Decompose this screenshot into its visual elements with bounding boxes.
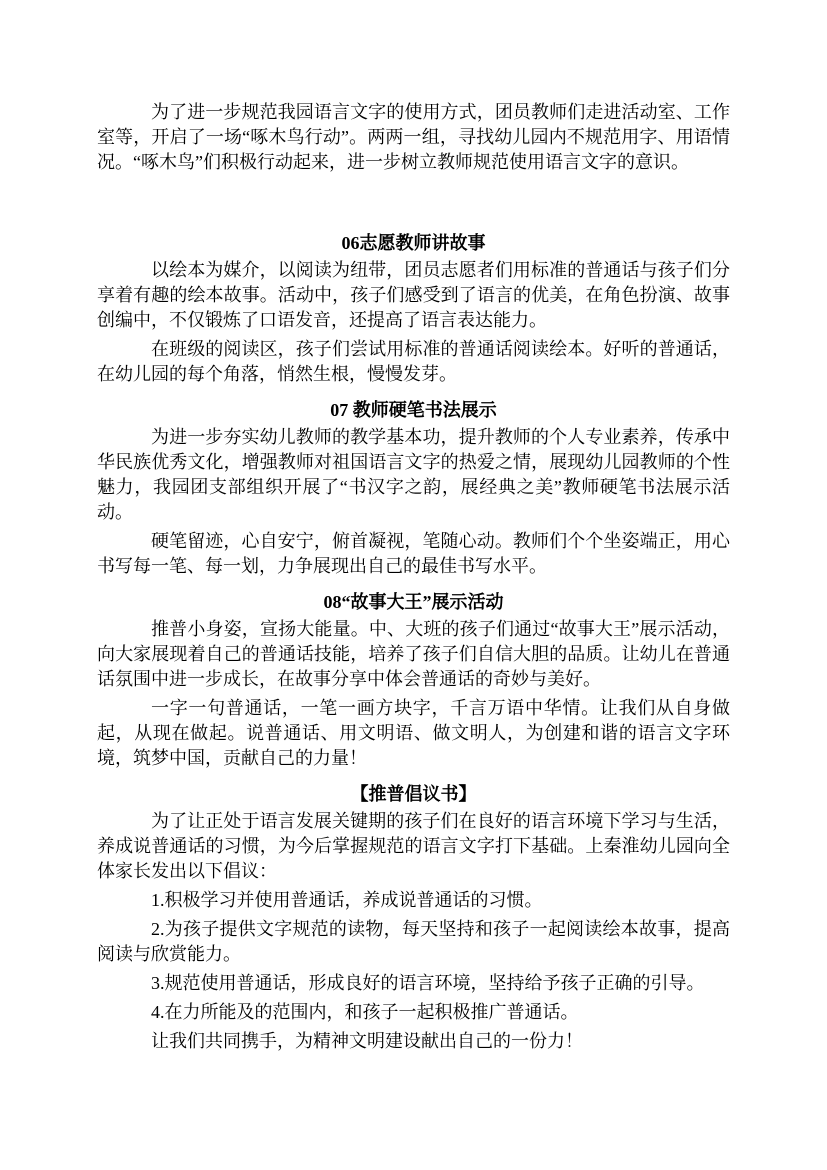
paragraph: 在班级的阅读区，孩子们尝试用标准的普通话阅读绘本。好听的普通话，在幼儿园的每个角… [97, 337, 730, 387]
section-heading: 08“故事大王”展示活动 [97, 590, 730, 615]
paragraph: 4.在力所能及的范围内，和孩子一起积极推广普通话。 [97, 1000, 730, 1025]
paragraph: 为进一步夯实幼儿教师的教学基本功，提升教师的个人专业素养，传承中华民族优秀文化，… [97, 425, 730, 525]
paragraph: 3.规范使用普通话，形成良好的语言环境，坚持给予孩子正确的引导。 [97, 971, 730, 996]
section-heading: 06志愿教师讲故事 [97, 231, 730, 256]
paragraph: 1.积极学习并使用普通话，养成说普通话的习惯。 [97, 888, 730, 913]
paragraph: 以绘本为媒介，以阅读为纽带，团员志愿者们用标准的普通话与孩子们分享着有趣的绘本故… [97, 258, 730, 333]
paragraph: 为了进一步规范我园语言文字的使用方式，团员教师们走进活动室、工作室等，开启了一场… [97, 100, 730, 175]
paragraph: 一字一句普通话，一笔一画方块字，千言万语中华情。让我们从自身做起，从现在做起。说… [97, 696, 730, 771]
paragraph: 硬笔留迹，心自安宁，俯首凝视，笔随心动。教师们个个坐姿端正，用心书写每一笔、每一… [97, 529, 730, 579]
blank-line [97, 179, 730, 220]
paragraph: 让我们共同携手，为精神文明建设献出自己的一份力！ [97, 1029, 730, 1054]
document-body: 为了进一步规范我园语言文字的使用方式，团员教师们走进活动室、工作室等，开启了一场… [97, 100, 730, 1054]
paragraph: 为了让正处于语言发展关键期的孩子们在良好的语言环境下学习与生活，养成说普通话的习… [97, 809, 730, 884]
section-heading: 【推普倡议书】 [97, 782, 730, 807]
section-heading: 07 教师硬笔书法展示 [97, 398, 730, 423]
paragraph: 推普小身姿，宣扬大能量。中、大班的孩子们通过“故事大王”展示活动，向大家展现着自… [97, 617, 730, 692]
document-page: 为了进一步规范我园语言文字的使用方式，团员教师们走进活动室、工作室等，开启了一场… [0, 0, 827, 1170]
paragraph: 2.为孩子提供文字规范的读物，每天坚持和孩子一起阅读绘本故事，提高阅读与欣赏能力… [97, 917, 730, 967]
